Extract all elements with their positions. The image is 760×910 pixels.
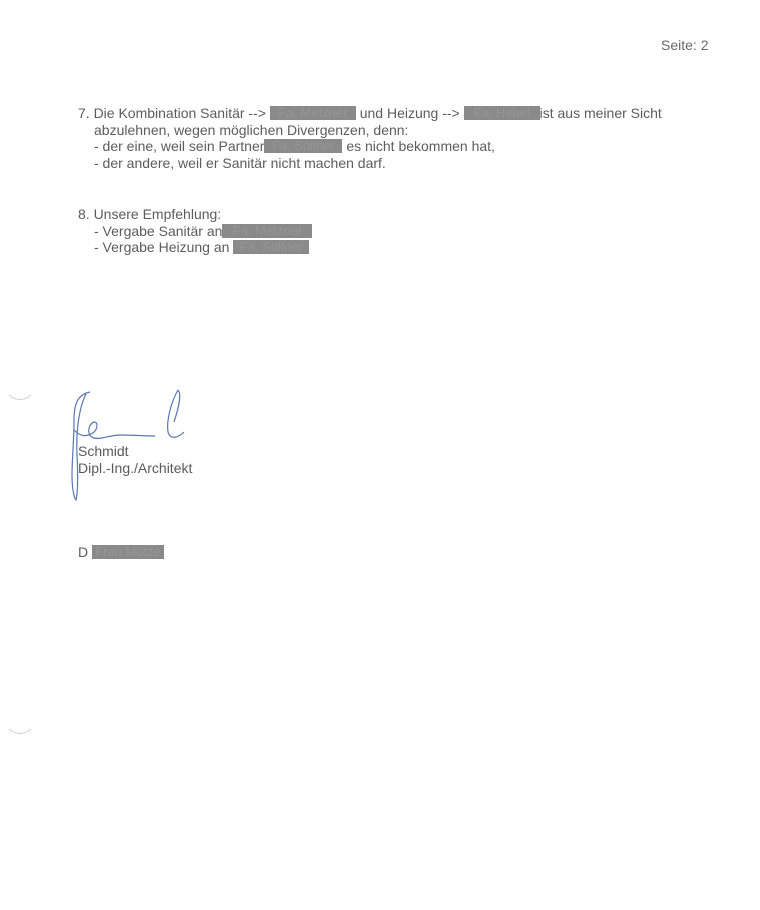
redaction-box: Fa. Söllner <box>233 240 309 254</box>
item-8-heading: 8. Unsere Empfehlung: <box>78 206 312 223</box>
item-7-text: ist aus meiner Sicht <box>540 105 662 121</box>
signature-block: Schmidt Dipl.-Ing./Architekt <box>60 380 260 505</box>
item-8-text: - Vergabe Heizung an <box>94 239 229 255</box>
item-7: 7. Die Kombination Sanitär --> Fa. Metzn… <box>78 105 662 171</box>
item-8-line-1: - Vergabe Sanitär anFa. Metzner <box>78 223 312 240</box>
punch-hole-mark <box>4 702 36 734</box>
item-7-line-3: - der eine, weil sein PartnerFa. Söllner… <box>78 138 662 155</box>
item-7-text: es nicht bekommen hat, <box>346 138 495 154</box>
distribution-line: D /Frau Mütze <box>78 544 164 560</box>
item-8-text: - Vergabe Sanitär an <box>94 223 222 239</box>
redaction-box: Fa. Metzner <box>270 106 356 120</box>
item-8-line-2: - Vergabe Heizung an Fa. Söllner <box>78 239 312 256</box>
redaction-box: Frau Mütze <box>92 545 164 559</box>
item-8: 8. Unsere Empfehlung: - Vergabe Sanitär … <box>78 206 312 256</box>
punch-hole-mark <box>4 368 36 400</box>
signer-name: Schmidt <box>78 443 192 460</box>
redaction-box: Fa. Metzner <box>222 224 312 238</box>
item-7-text: - der eine, weil sein Partner <box>94 138 264 154</box>
item-7-line-4: - der andere, weil er Sanitär nicht mach… <box>78 155 662 172</box>
item-7-text: und Heizung --> <box>360 105 460 121</box>
signature-name-block: Schmidt Dipl.-Ing./Architekt <box>78 443 192 477</box>
redaction-box: Fa. Söllner <box>264 139 342 153</box>
item-7-line-1: 7. Die Kombination Sanitär --> Fa. Metzn… <box>78 105 662 122</box>
signer-title: Dipl.-Ing./Architekt <box>78 460 192 477</box>
item-7-line-2: abzulehnen, wegen möglichen Divergenzen,… <box>78 122 662 139</box>
item-7-text: 7. Die Kombination Sanitär --> <box>78 105 266 121</box>
redaction-box: Fa. Hebel <box>464 106 540 120</box>
page-number: Seite: 2 <box>661 37 708 53</box>
